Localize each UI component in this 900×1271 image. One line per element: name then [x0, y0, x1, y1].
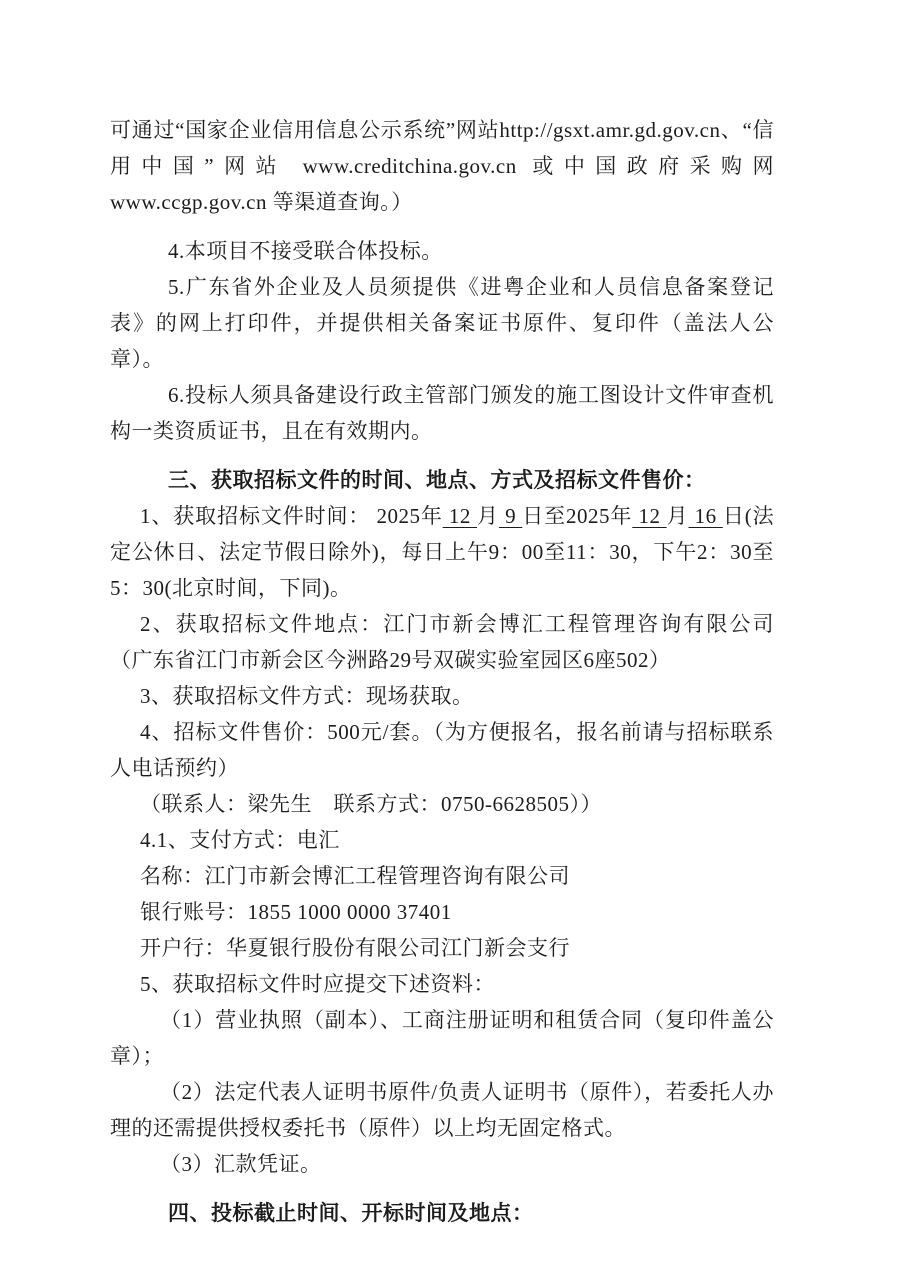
underlined-blank-value: 9: [499, 504, 522, 528]
paragraph: 银行账号：1855 1000 0000 37401: [110, 894, 774, 930]
paragraph: 开户行：华夏银行股份有限公司江门新会支行: [110, 930, 774, 966]
underlined-blank-value: 12: [632, 504, 666, 528]
paragraph: （3）汇款凭证。: [110, 1146, 774, 1182]
text-run: 三、获取招标文件的时间、地点、方式及招标文件售价：: [168, 468, 706, 492]
text-run: （2）法定代表人证明书原件/负责人证明书（原件），若委托人办理的还需提供授权委托…: [110, 1080, 774, 1140]
text-run: 银行账号：1855 1000 0000 37401: [140, 900, 452, 924]
paragraph: 名称：江门市新会博汇工程管理咨询有限公司: [110, 858, 774, 894]
text-run: 日至2025年: [522, 504, 632, 528]
document-body: 可通过“国家企业信用信息公示系统”网站http://gsxt.amr.gd.go…: [110, 112, 774, 1231]
text-run: 1、获取招标文件时间： 2025年: [140, 504, 443, 528]
text-run: 4.本项目不接受联合体投标。: [168, 239, 443, 263]
text-run: 3、获取招标文件方式：现场获取。: [140, 684, 474, 708]
text-run: 4.1、支付方式：电汇: [140, 828, 340, 852]
paragraph: 5、获取招标文件时应提交下述资料：: [110, 966, 774, 1002]
text-run: 6.投标人须具备建设行政主管部门颁发的施工图设计文件审查机构一类资质证书，且在有…: [110, 383, 774, 443]
text-run: 月: [667, 504, 689, 528]
paragraph: （2）法定代表人证明书原件/负责人证明书（原件），若委托人办理的还需提供授权委托…: [110, 1074, 774, 1146]
text-run: 四、投标截止时间、开标时间及地点：: [168, 1201, 534, 1225]
text-run: 名称：江门市新会博汇工程管理咨询有限公司: [140, 864, 570, 888]
text-run: 2、获取招标文件地点：江门市新会博汇工程管理咨询有限公司（广东省江门市新会区今洲…: [110, 612, 774, 672]
paragraph: 4.1、支付方式：电汇: [110, 822, 774, 858]
text-run: 5.广东省外企业及人员须提供《进粤企业和人员信息备案登记表》的网上打印件，并提供…: [110, 275, 774, 371]
paragraph: 4、招标文件售价：500元/套。（为方便报名，报名前请与招标联系人电话预约）: [110, 714, 774, 786]
text-run: 可通过“国家企业信用信息公示系统”网站http://gsxt.amr.gd.go…: [110, 118, 774, 214]
paragraph: （联系人：梁先生 联系方式：0750-6628505））: [110, 786, 774, 822]
section-heading: 三、获取招标文件的时间、地点、方式及招标文件售价：: [110, 462, 774, 498]
text-run: 月: [477, 504, 499, 528]
document-page: 可通过“国家企业信用信息公示系统”网站http://gsxt.amr.gd.go…: [0, 0, 900, 1271]
paragraph: 3、获取招标文件方式：现场获取。: [110, 678, 774, 714]
paragraph: 2、获取招标文件地点：江门市新会博汇工程管理咨询有限公司（广东省江门市新会区今洲…: [110, 606, 774, 678]
paragraph: 1、获取招标文件时间： 2025年 12 月 9 日至2025年 12 月 16…: [110, 498, 774, 606]
underlined-blank-value: 12: [443, 504, 477, 528]
paragraph: 可通过“国家企业信用信息公示系统”网站http://gsxt.amr.gd.go…: [110, 112, 774, 220]
text-run: 4、招标文件售价：500元/套。（为方便报名，报名前请与招标联系人电话预约）: [110, 720, 774, 780]
text-run: （3）汇款凭证。: [160, 1152, 322, 1176]
section-heading: 四、投标截止时间、开标时间及地点：: [110, 1195, 774, 1231]
text-run: 5、获取招标文件时应提交下述资料：: [140, 972, 495, 996]
text-run: （联系人：梁先生 联系方式：0750-6628505））: [140, 792, 602, 816]
underlined-blank-value: 16: [689, 504, 723, 528]
text-run: 开户行：华夏银行股份有限公司江门新会支行: [140, 936, 570, 960]
paragraph: 4.本项目不接受联合体投标。: [110, 233, 774, 269]
paragraph: （1）营业执照（副本）、工商注册证明和租赁合同（复印件盖公章）；: [110, 1002, 774, 1074]
paragraph: 5.广东省外企业及人员须提供《进粤企业和人员信息备案登记表》的网上打印件，并提供…: [110, 269, 774, 377]
paragraph: 6.投标人须具备建设行政主管部门颁发的施工图设计文件审查机构一类资质证书，且在有…: [110, 377, 774, 449]
text-run: （1）营业执照（副本）、工商注册证明和租赁合同（复印件盖公章）；: [110, 1008, 774, 1068]
